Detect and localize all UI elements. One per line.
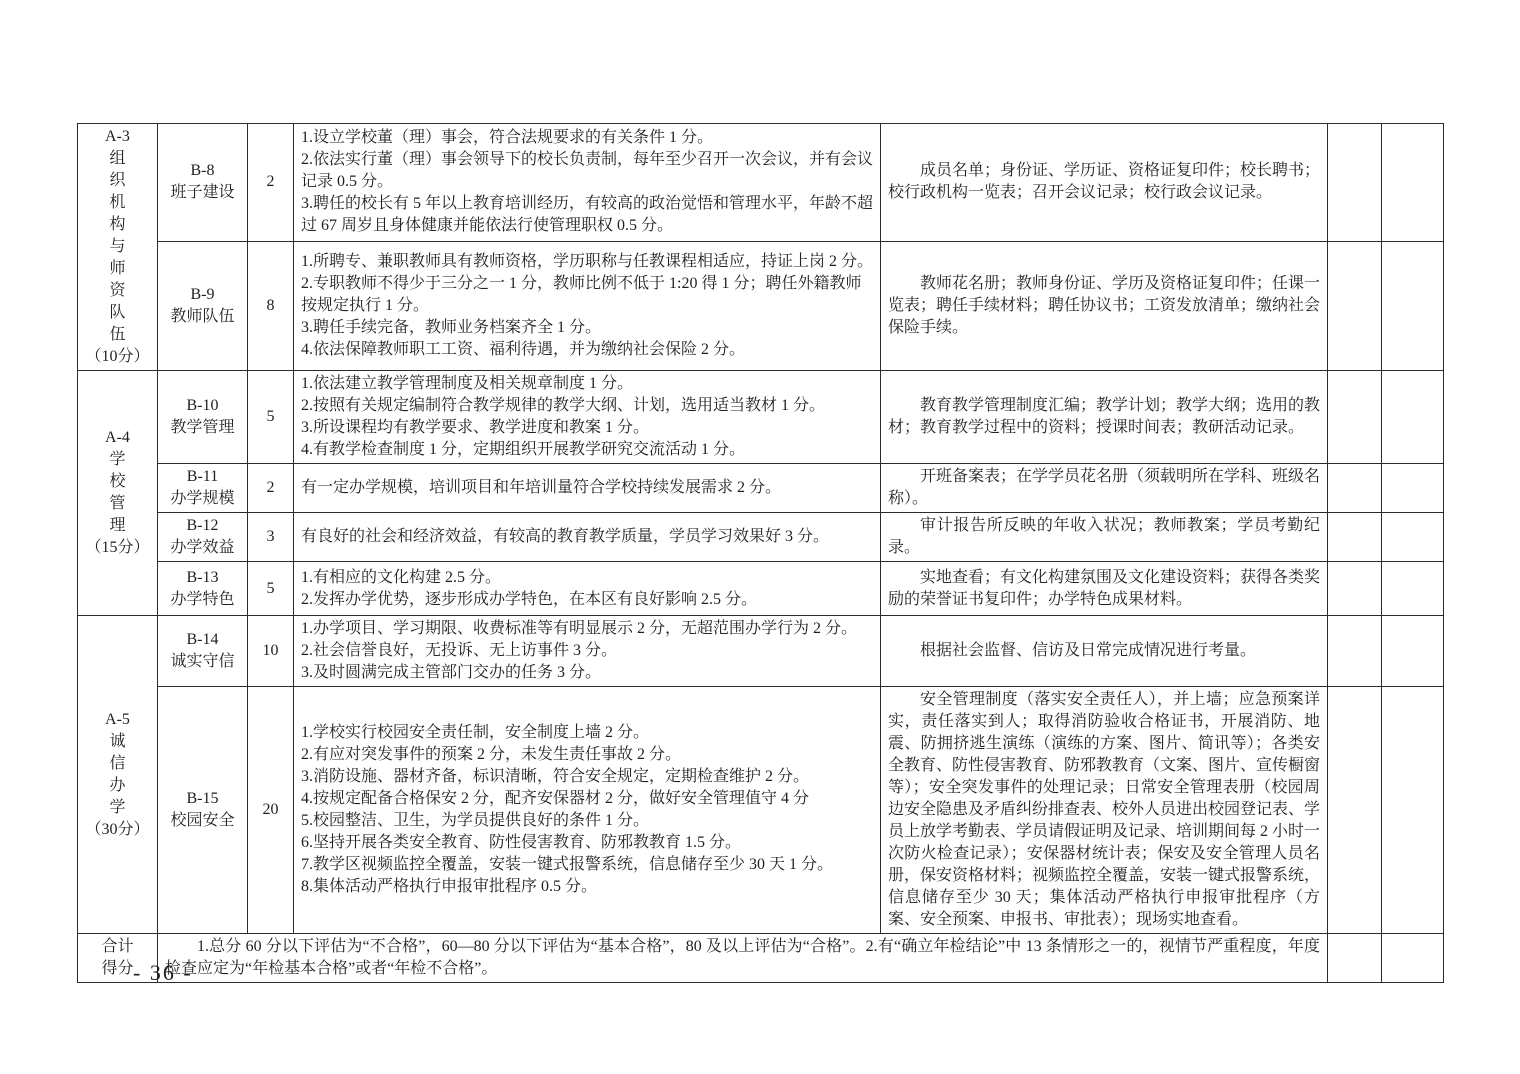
subitem-cell-b12: B-12 办学效益 [158, 513, 248, 562]
table-row-b9: B-9 教师队伍 8 1.所聘专、兼职教师具有教师资格，学历职称与任教课程相适应… [78, 241, 1444, 370]
table-row-b10: A-4 学 校 管 理 （15分） B-10 教学管理 5 1.依法建立教学管理… [78, 371, 1444, 464]
remark-cell-b14 [1382, 616, 1444, 687]
remark-cell-b15 [1382, 687, 1444, 934]
criteria-cell-b12: 有良好的社会和经济效益，有较高的教育教学质量，学员学习效果好 3 分。 [294, 513, 881, 562]
score-cell-b9 [1328, 241, 1382, 370]
subitem-name: 办学效益 [165, 537, 240, 559]
remark-cell-total [1382, 934, 1444, 983]
evidence-cell-b15: 安全管理制度（落实安全责任人），并上墙；应急预案详实，责任落实到人；取得消防验收… [881, 687, 1328, 934]
points-cell-b14: 10 [248, 616, 294, 687]
subitem-name: 教师队伍 [165, 306, 240, 328]
criteria-cell-b9: 1.所聘专、兼职教师具有教师资格，学历职称与任教课程相适应，持证上岗 2 分。 … [294, 241, 881, 370]
table-row-b8: A-3 组 织 机 构 与 师 资 队 伍 （10分） B-8 班子建设 2 1… [78, 124, 1444, 242]
criteria-cell-b10: 1.依法建立教学管理制度及相关规章制度 1 分。 2.按照有关规定编制符合教学规… [294, 371, 881, 464]
grading-note-cell: 1.总分 60 分以下评估为“不合格”，60—80 分以下评估为“基本合格”，8… [158, 934, 1328, 983]
evaluation-table-sheet: A-3 组 织 机 构 与 师 资 队 伍 （10分） B-8 班子建设 2 1… [77, 123, 1444, 983]
subitem-code: B-14 [165, 629, 240, 651]
table-row-b13: B-13 办学特色 5 1.有相应的文化构建 2.5 分。 2.发挥办学优势，逐… [78, 562, 1444, 616]
criteria-cell-b11: 有一定办学规模，培训项目和年培训量符合学校持续发展需求 2 分。 [294, 464, 881, 513]
category-cell-a3: A-3 组 织 机 构 与 师 资 队 伍 （10分） [78, 124, 158, 371]
category-cell-a5: A-5 诚 信 办 学 （30分） [78, 616, 158, 934]
criteria-cell-b8: 1.设立学校董（理）事会，符合法规要求的有关条件 1 分。 2.依法实行董（理）… [294, 124, 881, 242]
subitem-cell-b8: B-8 班子建设 [158, 124, 248, 242]
score-cell-b15 [1328, 687, 1382, 934]
subitem-cell-b15: B-15 校园安全 [158, 687, 248, 934]
criteria-cell-b14: 1.办学项目、学习期限、收费标准等有明显展示 2 分，无超范围办学行为 2 分。… [294, 616, 881, 687]
score-cell-total [1328, 934, 1382, 983]
subitem-code: B-13 [165, 567, 240, 589]
table-row-b11: B-11 办学规模 2 有一定办学规模，培训项目和年培训量符合学校持续发展需求 … [78, 464, 1444, 513]
subitem-name: 班子建设 [165, 182, 240, 204]
evidence-cell-b10: 教育教学管理制度汇编；教学计划；教学大纲；选用的教材；教育教学过程中的资料；授课… [881, 371, 1328, 464]
page-number: - 36 - [133, 960, 193, 986]
subitem-code: B-15 [165, 788, 240, 810]
subitem-name: 诚实守信 [165, 651, 240, 673]
subitem-name: 办学规模 [165, 488, 240, 510]
score-cell-b13 [1328, 562, 1382, 616]
subitem-name: 校园安全 [165, 810, 240, 832]
score-cell-b12 [1328, 513, 1382, 562]
score-cell-b14 [1328, 616, 1382, 687]
remark-cell-b13 [1382, 562, 1444, 616]
subitem-name: 教学管理 [165, 417, 240, 439]
criteria-cell-b15: 1.学校实行校园安全责任制，安全制度上墙 2 分。 2.有应对突发事件的预案 2… [294, 687, 881, 934]
subitem-code: B-11 [165, 466, 240, 488]
remark-cell-b10 [1382, 371, 1444, 464]
remark-cell-b8 [1382, 124, 1444, 242]
evidence-cell-b13: 实地查看；有文化构建氛围及文化建设资料；获得各类奖励的荣誉证书复印件；办学特色成… [881, 562, 1328, 616]
points-cell-b12: 3 [248, 513, 294, 562]
score-cell-b8 [1328, 124, 1382, 242]
subitem-cell-b10: B-10 教学管理 [158, 371, 248, 464]
subitem-code: B-10 [165, 395, 240, 417]
subitem-cell-b9: B-9 教师队伍 [158, 241, 248, 370]
subitem-name: 办学特色 [165, 589, 240, 611]
subitem-cell-b11: B-11 办学规模 [158, 464, 248, 513]
score-cell-b10 [1328, 371, 1382, 464]
subitem-code: B-12 [165, 515, 240, 537]
remark-cell-b9 [1382, 241, 1444, 370]
subitem-cell-b13: B-13 办学特色 [158, 562, 248, 616]
criteria-cell-b13: 1.有相应的文化构建 2.5 分。 2.发挥办学优势，逐步形成办学特色，在本区有… [294, 562, 881, 616]
points-cell-b15: 20 [248, 687, 294, 934]
evidence-cell-b9: 教师花名册；教师身份证、学历及资格证复印件；任课一览表；聘任手续材料；聘任协议书… [881, 241, 1328, 370]
evidence-cell-b12: 审计报告所反映的年收入状况；教师教案；学员考勤纪录。 [881, 513, 1328, 562]
subitem-code: B-8 [165, 160, 240, 182]
points-cell-b11: 2 [248, 464, 294, 513]
table-row-b14: A-5 诚 信 办 学 （30分） B-14 诚实守信 10 1.办学项目、学习… [78, 616, 1444, 687]
evidence-cell-b14: 根据社会监督、信访及日常完成情况进行考量。 [881, 616, 1328, 687]
evidence-cell-b8: 成员名单；身份证、学历证、资格证复印件；校长聘书；校行政机构一览表；召开会议记录… [881, 124, 1328, 242]
table-row-b12: B-12 办学效益 3 有良好的社会和经济效益，有较高的教育教学质量，学员学习效… [78, 513, 1444, 562]
remark-cell-b11 [1382, 464, 1444, 513]
table-row-total: 合计 得分 1.总分 60 分以下评估为“不合格”，60—80 分以下评估为“基… [78, 934, 1444, 983]
score-cell-b11 [1328, 464, 1382, 513]
points-cell-b8: 2 [248, 124, 294, 242]
evidence-cell-b11: 开班备案表；在学学员花名册（须载明所在学科、班级名称）。 [881, 464, 1328, 513]
subitem-code: B-9 [165, 284, 240, 306]
remark-cell-b12 [1382, 513, 1444, 562]
evaluation-rubric-table: A-3 组 织 机 构 与 师 资 队 伍 （10分） B-8 班子建设 2 1… [77, 123, 1444, 983]
subitem-cell-b14: B-14 诚实守信 [158, 616, 248, 687]
points-cell-b10: 5 [248, 371, 294, 464]
points-cell-b9: 8 [248, 241, 294, 370]
category-cell-a4: A-4 学 校 管 理 （15分） [78, 371, 158, 616]
points-cell-b13: 5 [248, 562, 294, 616]
table-row-b15: B-15 校园安全 20 1.学校实行校园安全责任制，安全制度上墙 2 分。 2… [78, 687, 1444, 934]
